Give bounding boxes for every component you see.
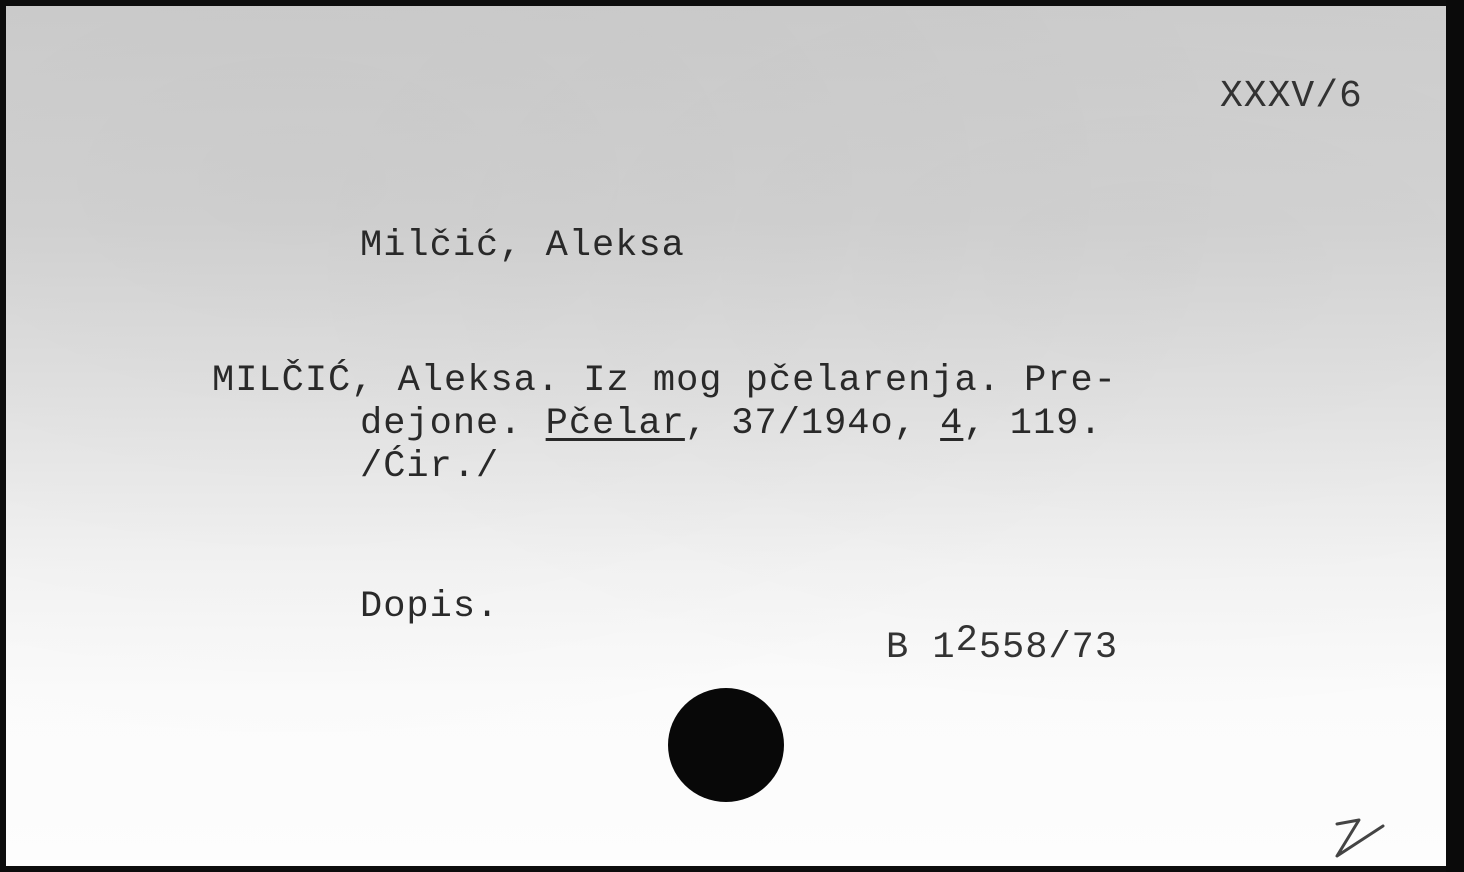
journal-title: Pčelar bbox=[546, 403, 685, 445]
entry-line-2: dejone. Pčelar, 37/194o, 4, 119. bbox=[360, 406, 1103, 443]
entry-issue: 4 bbox=[940, 403, 963, 445]
scan-border bbox=[1446, 0, 1464, 872]
catalog-card: XXXV/6 Milčić, Aleksa MILČIĆ, Aleksa. Iz… bbox=[6, 6, 1446, 866]
entry-title-part1: Iz mog pčelarenja. Pre- bbox=[560, 360, 1117, 402]
note: Dopis. bbox=[360, 589, 499, 626]
entry-author: MILČIĆ, Aleksa. bbox=[212, 360, 560, 402]
accession-prefix: B 1 bbox=[886, 627, 956, 669]
author-heading: Milčić, Aleksa bbox=[360, 228, 685, 265]
script-note: /Ćir./ bbox=[360, 449, 499, 486]
accession-number: B 12558/73 bbox=[886, 630, 1118, 667]
entry-pages: , 119. bbox=[963, 403, 1102, 445]
entry-line-1: MILČIĆ, Aleksa. Iz mog pčelarenja. Pre- bbox=[212, 363, 1117, 400]
handwritten-mark-icon bbox=[1331, 812, 1411, 862]
accession-rest: 558/73 bbox=[979, 627, 1118, 669]
entry-volume-year: , 37/194o, bbox=[685, 403, 940, 445]
entry-title-part2: dejone. bbox=[360, 403, 546, 445]
accession-raised-digit: 2 bbox=[956, 620, 979, 662]
call-number: XXXV/6 bbox=[1220, 78, 1363, 116]
punch-hole bbox=[668, 688, 784, 802]
